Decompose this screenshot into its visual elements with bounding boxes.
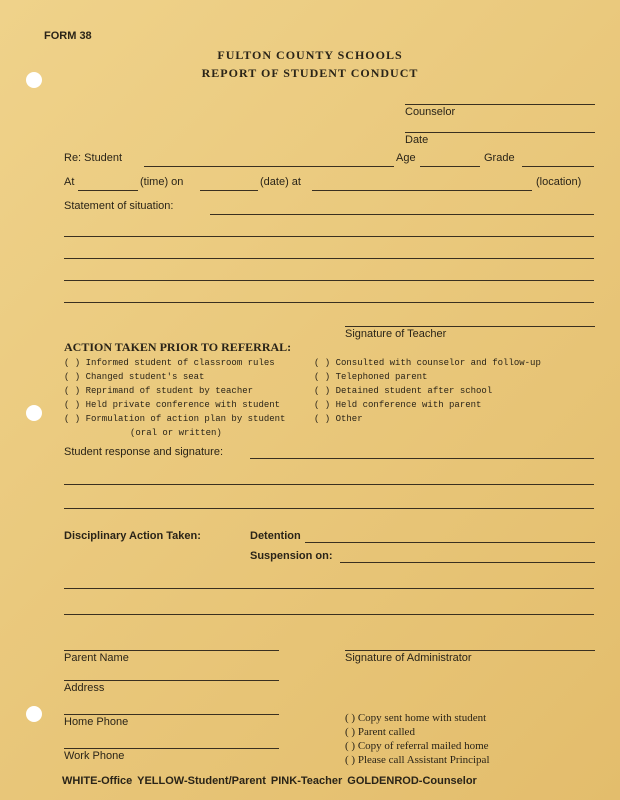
prior-action-right-4[interactable]: ( ) Held conference with parent [314, 400, 481, 410]
date-field[interactable] [405, 118, 595, 133]
student-label: Re: Student [64, 152, 122, 164]
discipline-line[interactable] [64, 574, 594, 589]
admin-signature-field[interactable] [345, 636, 595, 651]
copy-distribution-footer: WHITE-Office YELLOW-Student/Parent PINK-… [62, 775, 477, 787]
student-field[interactable] [144, 152, 394, 167]
date-at-label: (date) at [260, 176, 301, 188]
date-label: Date [405, 134, 428, 146]
counselor-field[interactable] [405, 90, 595, 105]
punch-hole [26, 706, 42, 722]
teacher-signature-label: Signature of Teacher [345, 328, 446, 340]
incident-date-field[interactable] [200, 176, 258, 191]
punch-hole [26, 405, 42, 421]
statement-line[interactable] [64, 266, 594, 281]
report-form: FORM 38 FULTON COUNTY SCHOOLS REPORT OF … [0, 0, 620, 800]
form-number: FORM 38 [44, 30, 92, 42]
prior-action-right-3[interactable]: ( ) Detained student after school [314, 386, 492, 396]
prior-action-right-1[interactable]: ( ) Consulted with counselor and follow-… [314, 358, 541, 368]
discipline-label: Disciplinary Action Taken: [64, 530, 201, 542]
response-label: Student response and signature: [64, 446, 223, 458]
report-title: REPORT OF STUDENT CONDUCT [0, 66, 620, 81]
location-field[interactable] [312, 176, 532, 191]
statement-line[interactable] [210, 200, 594, 215]
prior-action-left-1[interactable]: ( ) Informed student of classroom rules [64, 358, 275, 368]
notify-4[interactable]: ( ) Please call Assistant Principal [345, 754, 490, 766]
address-label: Address [64, 682, 104, 694]
time-field[interactable] [78, 176, 138, 191]
age-field[interactable] [420, 152, 480, 167]
prior-action-right-2[interactable]: ( ) Telephoned parent [314, 372, 427, 382]
prior-action-left-3[interactable]: ( ) Reprimand of student by teacher [64, 386, 253, 396]
statement-line[interactable] [64, 244, 594, 259]
grade-label: Grade [484, 152, 515, 164]
at-label: At [64, 176, 74, 188]
work-phone-field[interactable] [64, 734, 279, 749]
parent-name-label: Parent Name [64, 652, 129, 664]
admin-signature-label: Signature of Administrator [345, 652, 472, 664]
counselor-label: Counselor [405, 106, 455, 118]
prior-action-note: (oral or written) [130, 428, 222, 438]
time-label: (time) on [140, 176, 183, 188]
prior-action-right-5[interactable]: ( ) Other [314, 414, 363, 424]
prior-actions-heading: ACTION TAKEN PRIOR TO REFERRAL: [64, 340, 291, 355]
detention-field[interactable] [305, 528, 595, 543]
address-field[interactable] [64, 666, 279, 681]
teacher-signature-field[interactable] [345, 312, 595, 327]
suspension-label: Suspension on: [250, 550, 333, 562]
org-title: FULTON COUNTY SCHOOLS [0, 48, 620, 63]
statement-line[interactable] [64, 288, 594, 303]
response-line[interactable] [64, 470, 594, 485]
grade-field[interactable] [522, 152, 594, 167]
notify-1[interactable]: ( ) Copy sent home with student [345, 712, 486, 724]
response-field[interactable] [250, 444, 594, 459]
home-phone-label: Home Phone [64, 716, 128, 728]
prior-action-left-4[interactable]: ( ) Held private conference with student [64, 400, 280, 410]
detention-label: Detention [250, 530, 301, 542]
parent-name-field[interactable] [64, 636, 279, 651]
response-line[interactable] [64, 494, 594, 509]
home-phone-field[interactable] [64, 700, 279, 715]
notify-3[interactable]: ( ) Copy of referral mailed home [345, 740, 489, 752]
suspension-field[interactable] [340, 548, 595, 563]
discipline-line[interactable] [64, 600, 594, 615]
work-phone-label: Work Phone [64, 750, 124, 762]
statement-label: Statement of situation: [64, 200, 173, 212]
prior-action-left-2[interactable]: ( ) Changed student's seat [64, 372, 204, 382]
statement-line[interactable] [64, 222, 594, 237]
notify-2[interactable]: ( ) Parent called [345, 726, 415, 738]
age-label: Age [396, 152, 416, 164]
prior-action-left-5[interactable]: ( ) Formulation of action plan by studen… [64, 414, 285, 424]
location-label: (location) [536, 176, 581, 188]
